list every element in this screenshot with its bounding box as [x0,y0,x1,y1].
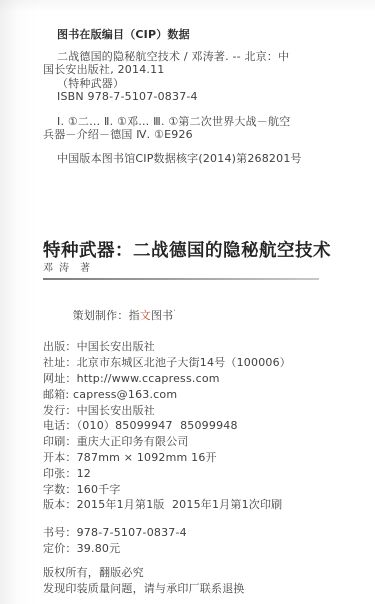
pub-line-address: 社址：北京市东城区北池子大街14号（100006） [43,355,363,371]
copyright-page: 图书在版编目（CIP）数据 二战德国的隐秘航空技术 / 邓涛著. -- 北京：中… [0,0,375,604]
pub-line-distributor: 发行：中国长安出版社 [43,403,363,419]
title-divider-rule [43,278,319,280]
cip-classification-line-1: Ⅰ. ①二… Ⅱ. ①邓… Ⅲ. ①第二次世界大战－航空 [57,115,363,129]
quality-notice: 发现印装质量问题，请与承印厂联系退换 [43,581,363,597]
cip-classification-line-2: 兵器－介绍－德国 Ⅳ. ①E926 [43,128,363,142]
pub-line-sheets: 印张：12 [43,466,363,482]
trademark-mark: ’ [173,308,175,316]
cip-header: 图书在版编目（CIP）数据 [57,28,363,42]
cip-registry-number: 中国版本图书馆CIP数据核字(2014)第268201号 [57,152,363,166]
page-content: 图书在版编目（CIP）数据 二战德国的隐秘航空技术 / 邓涛著. -- 北京：中… [0,0,375,596]
author-name: 邓 涛 著 [43,262,363,275]
pub-line-phone: 电话：（010）85099947 85099948 [43,418,363,434]
brand-red-character: 文 [140,309,151,322]
pub-line-edition: 版本：2015年1月第1版 2015年1月第1次印刷 [43,497,363,513]
producer-line: 策划制作：指文图书’ [43,292,363,339]
book-number-line: 书号：978-7-5107-0837-4 [43,525,363,541]
cip-record-line-1: 二战德国的隐秘航空技术 / 邓涛著. -- 北京：中 [57,50,363,64]
brand-name: 指文图书’ [129,309,176,322]
cip-record-line-2: 国长安出版社, 2014.11 [43,63,363,77]
price-line: 定价：39.80元 [43,541,363,557]
book-title: 特种武器：二战德国的隐秘航空技术 [43,240,363,262]
pub-line-wordcount: 字数：160千字 [43,482,363,498]
cip-block: 图书在版编目（CIP）数据 二战德国的隐秘航空技术 / 邓涛著. -- 北京：中… [43,28,363,165]
publication-info-block: 策划制作：指文图书’ 出版：中国长安出版社 社址：北京市东城区北池子大街14号（… [43,292,363,513]
pub-line-printer: 印刷：重庆大正印务有限公司 [43,434,363,450]
producer-label: 策划制作： [73,309,129,322]
brand-prefix: 指 [129,309,140,322]
cip-series-note: （特种武器） [57,77,363,91]
pub-line-publisher: 出版：中国长安出版社 [43,339,363,355]
pub-line-email: 邮箱: capress@163.com [43,387,363,403]
title-block: 特种武器：二战德国的隐秘航空技术 邓 涛 著 [43,240,363,280]
notice-block: 版权所有，翻版必究 发现印装质量问题，请与承印厂联系退换 [43,565,363,597]
brand-suffix: 图书 [151,309,173,322]
cip-isbn: ISBN 978-7-5107-0837-4 [57,90,363,104]
pub-line-format: 开本：787mm × 1092mm 16开 [43,450,363,466]
pub-line-website: 网址：http://www.ccapress.com [43,371,363,387]
copyright-notice: 版权所有，翻版必究 [43,565,363,581]
pricing-block: 书号：978-7-5107-0837-4 定价：39.80元 [43,525,363,557]
